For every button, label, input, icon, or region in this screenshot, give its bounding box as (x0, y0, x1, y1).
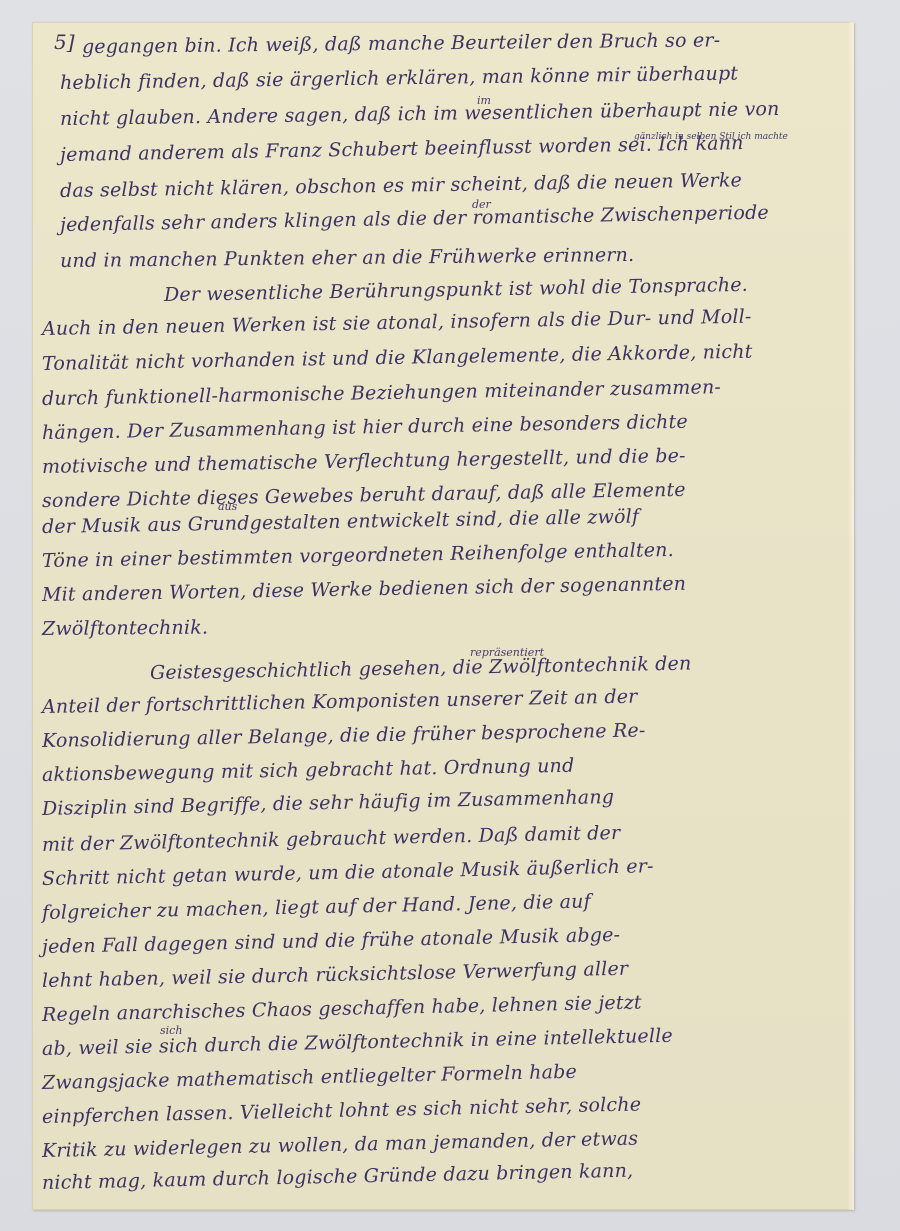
text-line: lehnt haben, weil sie durch rücksichtslo… (42, 958, 629, 992)
text-line: aktionsbewegung mit sich gebracht hat. O… (42, 755, 575, 786)
text-line: Disziplin sind Begriffe, die sehr häufig… (42, 786, 615, 820)
insertion-im: im (477, 94, 491, 107)
text-line: Geistesgeschichtlich gesehen, die Zwölft… (150, 653, 692, 684)
text-line: durch funktionell-harmonische Beziehunge… (42, 376, 721, 410)
text-line: Schritt nicht getan wurde, um die atonal… (42, 855, 654, 890)
text-line: Konsolidierung aller Belange, die die fr… (42, 719, 646, 752)
text-line: Töne in einer bestimmten vorgeordneten R… (42, 539, 674, 572)
text-line: Zwölftontechnik. (42, 617, 208, 640)
text-line: Auch in den neuen Werken ist sie atonal,… (42, 306, 752, 340)
text-line: jeden Fall dagegen sind und die frühe at… (42, 924, 621, 958)
text-line: mit der Zwölftontechnik gebraucht werden… (42, 822, 621, 856)
text-line: gegangen bin. Ich weiß, daß manche Beurt… (82, 29, 720, 58)
page-number: 5] (54, 30, 75, 54)
text-line: motivische und thematische Verflechtung … (42, 445, 686, 478)
text-line: Mit anderen Worten, diese Werke bedienen… (42, 573, 687, 606)
text-line: nicht mag, kaum durch logische Gründe da… (42, 1160, 634, 1194)
text-line: Tonalität nicht vorhanden ist und die Kl… (42, 341, 753, 375)
text-line: Regeln anarchisches Chaos geschaffen hab… (42, 991, 642, 1026)
text-line: Zwangsjacke mathematisch entliegelter Fo… (42, 1061, 577, 1094)
text-line: einpferchen lassen. Vielleicht lohnt es … (42, 1093, 642, 1128)
text-line: jedenfalls sehr anders klingen als die d… (60, 202, 769, 236)
text-line: Kritik zu widerlegen zu wollen, da man j… (42, 1128, 639, 1162)
text-line: Anteil der fortschrittlichen Komponisten… (42, 686, 638, 718)
manuscript-page: 5] gegangen bin. Ich weiß, daß manche Be… (32, 22, 854, 1210)
text-line: nicht glauben. Andere sagen, daß ich im … (60, 98, 780, 130)
text-line: ab, weil sie sich durch die Zwölftontech… (42, 1025, 673, 1060)
text-line: heblich finden, daß sie ärgerlich erklär… (60, 63, 738, 94)
text-line: folgreicher zu machen, liegt auf der Han… (42, 891, 591, 924)
text-line: hängen. Der Zusammenhang ist hier durch … (42, 411, 688, 444)
insertion-aus: aus (218, 500, 237, 513)
text-line: das selbst nicht klären, obschon es mir … (60, 169, 742, 202)
text-line: Der wesentliche Berührungspunkt ist wohl… (164, 274, 748, 306)
text-line: und in manchen Punkten eher an die Frühw… (60, 244, 635, 272)
text-line: jemand anderem als Franz Schubert beeinf… (60, 132, 744, 166)
